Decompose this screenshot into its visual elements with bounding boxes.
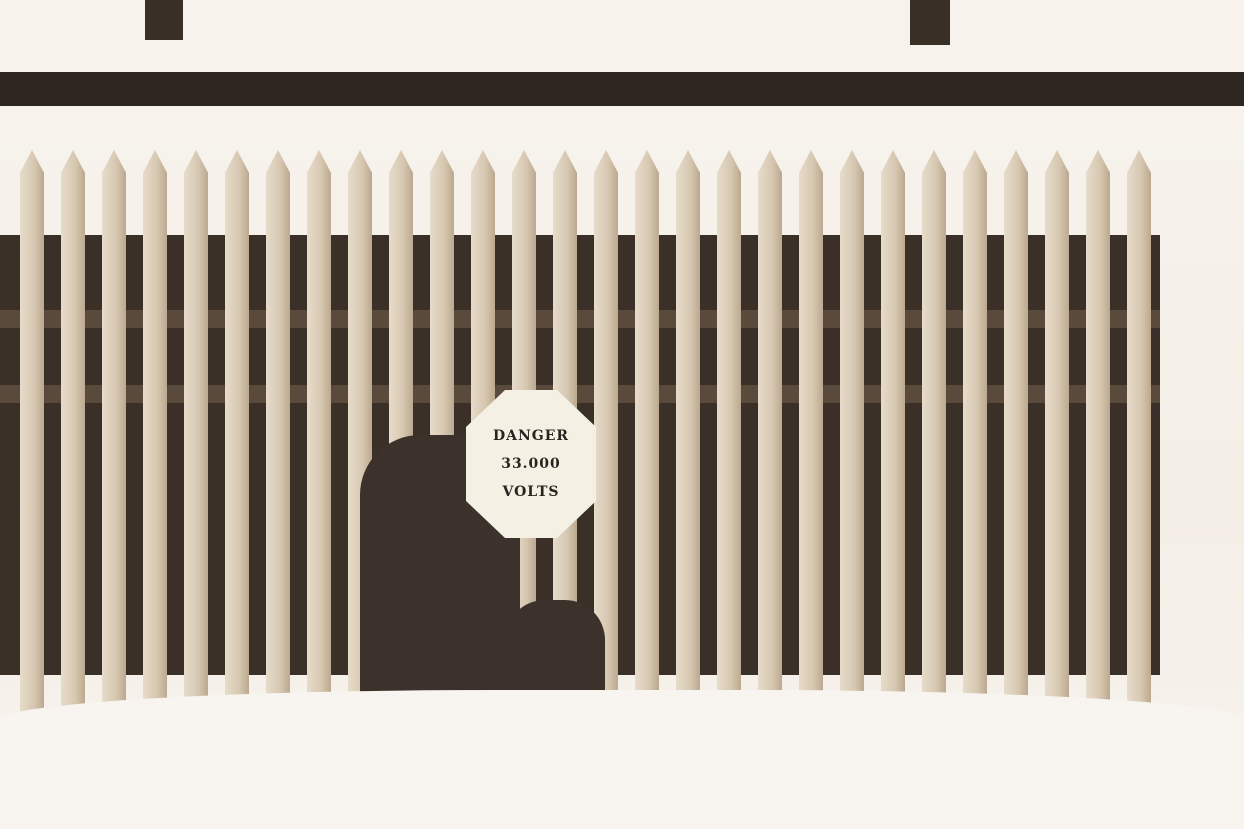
- picket: [307, 150, 331, 720]
- picket: [143, 150, 167, 720]
- snow-roof: [0, 0, 1244, 72]
- snow-ground: [0, 690, 1244, 829]
- picket: [963, 150, 987, 720]
- picket: [840, 150, 864, 720]
- post: [145, 0, 183, 40]
- post: [910, 0, 950, 45]
- picket: [1086, 150, 1110, 720]
- picket: [1045, 150, 1069, 720]
- sign-line-2: 33.000: [501, 456, 561, 472]
- sign-line-1: DANGER: [493, 428, 569, 444]
- picket: [676, 150, 700, 720]
- danger-sign: DANGER 33.000 VOLTS: [466, 390, 596, 538]
- picket: [881, 150, 905, 720]
- picket: [1127, 150, 1151, 720]
- picket: [717, 150, 741, 720]
- picket: [266, 150, 290, 720]
- overhead-beam: [0, 72, 1244, 106]
- picket: [1004, 150, 1028, 720]
- sign-line-3: VOLTS: [502, 484, 559, 500]
- picket: [799, 150, 823, 720]
- picket: [184, 150, 208, 720]
- picket: [20, 150, 44, 720]
- picket: [225, 150, 249, 720]
- picket: [61, 150, 85, 720]
- picket: [635, 150, 659, 720]
- picket: [922, 150, 946, 720]
- picket: [758, 150, 782, 720]
- picket: [102, 150, 126, 720]
- photograph: DANGER 33.000 VOLTS: [0, 0, 1244, 829]
